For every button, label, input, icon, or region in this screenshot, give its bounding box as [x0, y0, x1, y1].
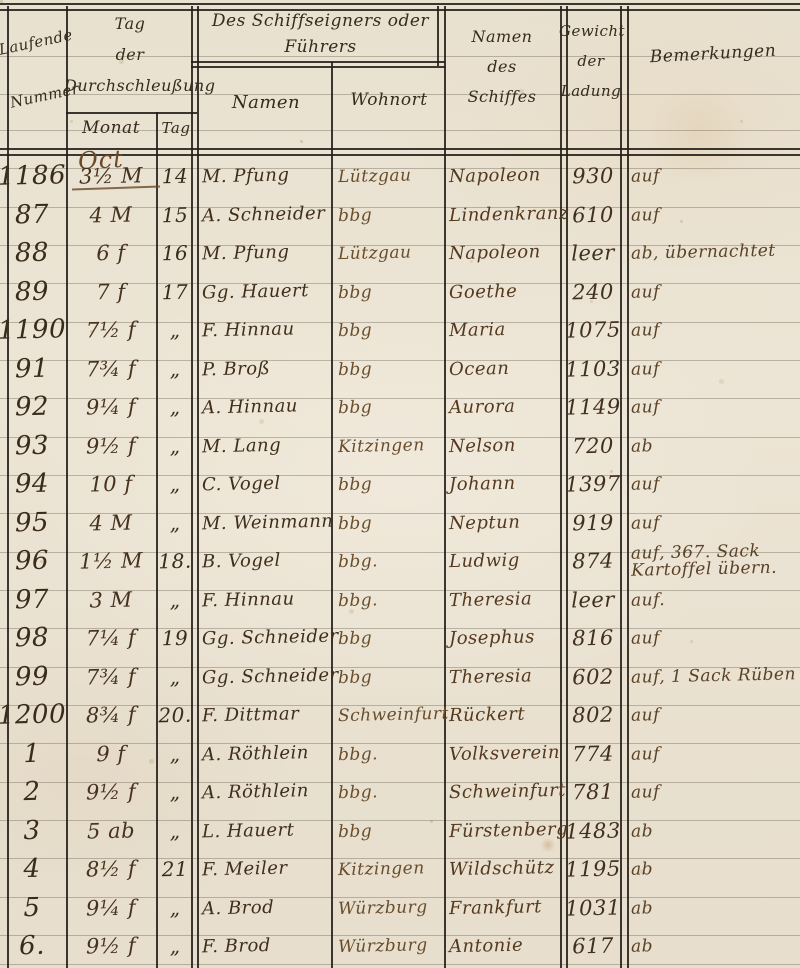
row-residence: Kitzingen [338, 848, 445, 889]
row-ship-name: Napoleon [449, 232, 562, 273]
row-time: 9¼ f [68, 386, 155, 427]
row-day: „ [156, 310, 195, 350]
table-row: 94 10 f „ C. Vogel bbg Johann 1397 auf [0, 464, 800, 503]
row-cargo-weight: 1103 [562, 348, 625, 388]
row-cargo-weight: 610 [562, 194, 625, 234]
row-owner-name: Gg. Schneider [202, 655, 335, 697]
table-row: 96 1½ M 18. B. Vogel bbg. Ludwig 874 auf… [0, 541, 800, 580]
row-owner-name: L. Hauert [202, 809, 335, 851]
table-row: 89 7 f 17 Gg. Hauert bbg Goethe 240 auf [0, 272, 800, 311]
table-row: 98 7¼ f 19 Gg. Schneider bbg Josephus 81… [0, 618, 800, 657]
row-residence: bbg [338, 501, 445, 542]
row-ship-name: Neptun [449, 501, 562, 542]
row-ship-name: Frankfurt [449, 886, 562, 927]
row-ship-name: Ocean [449, 347, 562, 388]
table-row: 88 6 f 16 M. Pfung Lützgau Napoleon leer… [0, 233, 800, 272]
row-owner-name: C. Vogel [202, 463, 335, 505]
monat-tag-subheader-top [66, 112, 197, 114]
table-row: 93 9½ f „ M. Lang Kitzingen Nelson 720 a… [0, 426, 800, 465]
row-day: 14 [156, 156, 195, 196]
row-residence: Lützgau [338, 232, 445, 273]
row-remarks: ab [631, 924, 800, 967]
row-owner-name: A. Röthlein [202, 732, 335, 774]
header-namen: Namen [202, 92, 330, 113]
row-number: 6. [2, 925, 63, 965]
row-day: 17 [156, 271, 195, 311]
row-owner-name: F. Hinnau [202, 309, 335, 351]
row-owner-name: M. Pfung [202, 155, 335, 197]
row-remarks: auf [631, 193, 800, 236]
row-remarks: auf [631, 732, 800, 775]
row-day: 15 [156, 194, 195, 234]
row-residence: Kitzingen [338, 424, 445, 465]
row-remarks: auf [631, 154, 800, 197]
row-remarks: auf. [631, 578, 800, 621]
row-residence: Lützgau [338, 155, 445, 196]
row-residence: bbg [338, 617, 445, 658]
row-remarks: auf [631, 347, 800, 390]
header-tag-der-durchschleusung: Tag der Durchschleußung [64, 8, 196, 101]
row-owner-name: A. Röthlein [202, 771, 335, 813]
row-cargo-weight: 774 [562, 733, 625, 773]
table-row: 3 5 ab „ L. Hauert bbg Fürstenberg 1483 … [0, 811, 800, 850]
row-cargo-weight: 720 [562, 425, 625, 465]
row-number: 3 [2, 810, 63, 850]
row-number: 97 [2, 579, 63, 619]
row-residence: Würzburg [338, 886, 445, 927]
row-ship-name: Ludwig [449, 540, 562, 581]
row-time: 3 M [68, 579, 155, 620]
row-day: „ [156, 733, 195, 773]
row-number: 1200 [2, 694, 63, 734]
row-residence: Würzburg [338, 925, 445, 966]
row-time: 7¾ f [68, 348, 155, 389]
row-ship-name: Goethe [449, 270, 562, 311]
row-owner-name: Gg. Hauert [202, 270, 335, 312]
table-row: 1186 3½ M 14 M. Pfung Lützgau Napoleon 9… [0, 156, 800, 195]
row-cargo-weight: 919 [562, 502, 625, 542]
row-owner-name: M. Pfung [202, 232, 335, 274]
row-cargo-weight: 1075 [562, 309, 625, 349]
row-number: 99 [2, 656, 63, 696]
row-day: „ [156, 656, 195, 696]
row-remarks: auf [631, 462, 800, 505]
row-time: 4 M [68, 502, 155, 543]
row-remarks: auf [631, 270, 800, 313]
row-residence: bbg [338, 309, 445, 350]
header-tag: Tag [156, 119, 196, 137]
row-remarks: auf [631, 308, 800, 351]
row-ship-name: Josephus [449, 617, 562, 658]
table-row: 91 7¾ f „ P. Broß bbg Ocean 1103 auf [0, 349, 800, 388]
row-time: 7¼ f [68, 617, 155, 658]
row-residence: bbg [338, 809, 445, 850]
row-cargo-weight: leer [562, 579, 625, 619]
owner-header-divider-outer [191, 61, 445, 63]
table-row: 92 9¼ f „ A. Hinnau bbg Aurora 1149 auf [0, 387, 800, 426]
row-residence: bbg [338, 193, 445, 234]
row-ship-name: Nelson [449, 424, 562, 465]
row-day: 18. [156, 541, 195, 581]
row-day: „ [156, 810, 195, 850]
row-residence: bbg. [338, 578, 445, 619]
row-ship-name: Theresia [449, 578, 562, 619]
row-number: 96 [2, 540, 63, 580]
row-residence: bbg [338, 655, 445, 696]
row-cargo-weight: 802 [562, 694, 625, 734]
row-remarks: auf [631, 693, 800, 736]
row-number: 89 [2, 271, 63, 311]
row-time: 9 f [68, 733, 155, 774]
row-number: 4 [2, 848, 63, 888]
row-remarks: auf [631, 501, 800, 544]
row-owner-name: A. Hinnau [202, 386, 335, 428]
row-remarks: auf [631, 770, 800, 813]
table-row: 4 8½ f 21 F. Meiler Kitzingen Wildschütz… [0, 849, 800, 888]
header-schiffsname: Namen des Schiffes [446, 22, 558, 112]
row-time: 5 ab [68, 810, 155, 851]
table-row: 87 4 M 15 A. Schneider bbg Lindenkranz 6… [0, 195, 800, 234]
row-cargo-weight: 874 [562, 540, 625, 580]
row-number: 1186 [2, 155, 63, 195]
row-number: 87 [2, 194, 63, 234]
table-row: 95 4 M „ M. Weinmann bbg Neptun 919 auf [0, 503, 800, 542]
row-number: 1190 [2, 309, 63, 349]
row-number: 91 [2, 348, 63, 388]
table-top-border-outer [0, 3, 800, 5]
header-schiffseigner: Des Schiffseigners oder Führers [197, 8, 444, 60]
row-remarks: auf [631, 616, 800, 659]
header-wohnort: Wohnort [336, 90, 442, 110]
table-row: 2 9½ f „ A. Röthlein bbg. Schweinfurt 78… [0, 772, 800, 811]
row-time: 1½ M [68, 540, 155, 581]
row-cargo-weight: 240 [562, 271, 625, 311]
row-cargo-weight: 816 [562, 617, 625, 657]
row-time: 4 M [68, 194, 155, 235]
row-number: 93 [2, 425, 63, 465]
table-row: 5 9¼ f „ A. Brod Würzburg Frankfurt 1031… [0, 888, 800, 927]
row-number: 95 [2, 502, 63, 542]
row-cargo-weight: 617 [562, 925, 625, 965]
row-day: 20. [156, 695, 195, 735]
row-cargo-weight: 1031 [562, 887, 625, 927]
row-remarks: auf, 1 Sack Rüben [631, 655, 800, 698]
header-monat: Monat [66, 118, 156, 138]
row-ship-name: Maria [449, 309, 562, 350]
row-residence: bbg [338, 463, 445, 504]
row-day: „ [156, 887, 195, 927]
row-time: 8¾ f [68, 694, 155, 735]
row-day: 19 [156, 618, 195, 658]
row-cargo-weight: leer [562, 232, 625, 272]
row-day: „ [156, 425, 195, 465]
row-ship-name: Aurora [449, 386, 562, 427]
row-cargo-weight: 1483 [562, 810, 625, 850]
row-owner-name: M. Weinmann [202, 501, 335, 543]
row-residence: bbg. [338, 540, 445, 581]
row-owner-name: M. Lang [202, 424, 335, 466]
row-number: 94 [2, 463, 63, 503]
row-cargo-weight: 930 [562, 155, 625, 195]
row-ship-name: Rückert [449, 694, 562, 735]
row-time: 7½ f [68, 309, 155, 350]
row-remarks: ab [631, 809, 800, 852]
row-time: 9¼ f [68, 887, 155, 928]
row-time: 10 f [68, 463, 155, 504]
row-time: 6 f [68, 232, 155, 273]
row-remarks: ab, übernachtet [631, 231, 800, 274]
table-row: 99 7¾ f „ Gg. Schneider bbg Theresia 602… [0, 657, 800, 696]
row-residence: bbg [338, 270, 445, 311]
row-day: „ [156, 348, 195, 388]
row-owner-name: F. Dittmar [202, 694, 335, 736]
owner-header-divider-inner [191, 66, 445, 68]
row-owner-name: F. Hinnau [202, 578, 335, 620]
row-day: „ [156, 387, 195, 427]
row-number: 5 [2, 887, 63, 927]
row-day: „ [156, 926, 195, 966]
row-number: 98 [2, 617, 63, 657]
row-time: 9½ f [68, 771, 155, 812]
row-cargo-weight: 1195 [562, 848, 625, 888]
row-ship-name: Volksverein [449, 732, 562, 773]
row-owner-name: F. Meiler [202, 848, 335, 890]
row-residence: Schweinfurt [338, 694, 445, 735]
row-day: 21 [156, 849, 195, 889]
row-number: 1 [2, 733, 63, 773]
table-row: 1 9 f „ A. Röthlein bbg. Volksverein 774… [0, 734, 800, 773]
row-ship-name: Schweinfurt [449, 771, 562, 812]
row-cargo-weight: 1149 [562, 386, 625, 426]
row-owner-name: F. Brod [202, 925, 335, 967]
row-ship-name: Fürstenberg [449, 809, 562, 850]
row-day: „ [156, 579, 195, 619]
row-owner-name: A. Brod [202, 886, 335, 928]
row-owner-name: B. Vogel [202, 540, 335, 582]
row-time: 3½ M [68, 155, 155, 196]
row-ship-name: Lindenkranz [449, 193, 562, 234]
row-day: 16 [156, 233, 195, 273]
row-time: 7¾ f [68, 656, 155, 697]
row-residence: bbg [338, 386, 445, 427]
row-cargo-weight: 1397 [562, 463, 625, 503]
row-day: „ [156, 464, 195, 504]
table-row: 97 3 M „ F. Hinnau bbg. Theresia leer au… [0, 580, 800, 619]
row-residence: bbg. [338, 732, 445, 773]
row-owner-name: Gg. Schneider [202, 617, 335, 659]
row-remarks: ab [631, 886, 800, 929]
header-gewicht: Gewicht der Ladung [559, 16, 623, 106]
row-cargo-weight: 602 [562, 656, 625, 696]
row-remarks: ab [631, 424, 800, 467]
row-time: 8½ f [68, 848, 155, 889]
row-day: „ [156, 772, 195, 812]
table-row: 1200 8¾ f 20. F. Dittmar Schweinfurt Rüc… [0, 695, 800, 734]
row-ship-name: Wildschütz [449, 848, 562, 889]
row-number: 88 [2, 232, 63, 272]
row-remarks: auf, 367. Sack Kartoffel übern. [631, 539, 800, 582]
row-number: 92 [2, 386, 63, 426]
row-ship-name: Antonie [449, 925, 562, 966]
row-time: 9½ f [68, 425, 155, 466]
ledger-page: Laufende Nummer Tag der Durchschleußung … [0, 0, 800, 968]
row-owner-name: A. Schneider [202, 193, 335, 235]
row-time: 9½ f [68, 925, 155, 966]
row-remarks: auf [631, 385, 800, 428]
table-row: 6. 9½ f „ F. Brod Würzburg Antonie 617 a… [0, 926, 800, 965]
table-row: 1190 7½ f „ F. Hinnau bbg Maria 1075 auf [0, 310, 800, 349]
row-day: „ [156, 502, 195, 542]
row-number: 2 [2, 771, 63, 811]
row-ship-name: Theresia [449, 655, 562, 696]
row-residence: bbg [338, 347, 445, 388]
row-remarks: ab [631, 847, 800, 890]
row-cargo-weight: 781 [562, 771, 625, 811]
row-residence: bbg. [338, 771, 445, 812]
row-owner-name: P. Broß [202, 347, 335, 389]
row-ship-name: Napoleon [449, 155, 562, 196]
row-time: 7 f [68, 271, 155, 312]
row-ship-name: Johann [449, 463, 562, 504]
header-bemerkungen: Bemerkungen [628, 40, 799, 69]
